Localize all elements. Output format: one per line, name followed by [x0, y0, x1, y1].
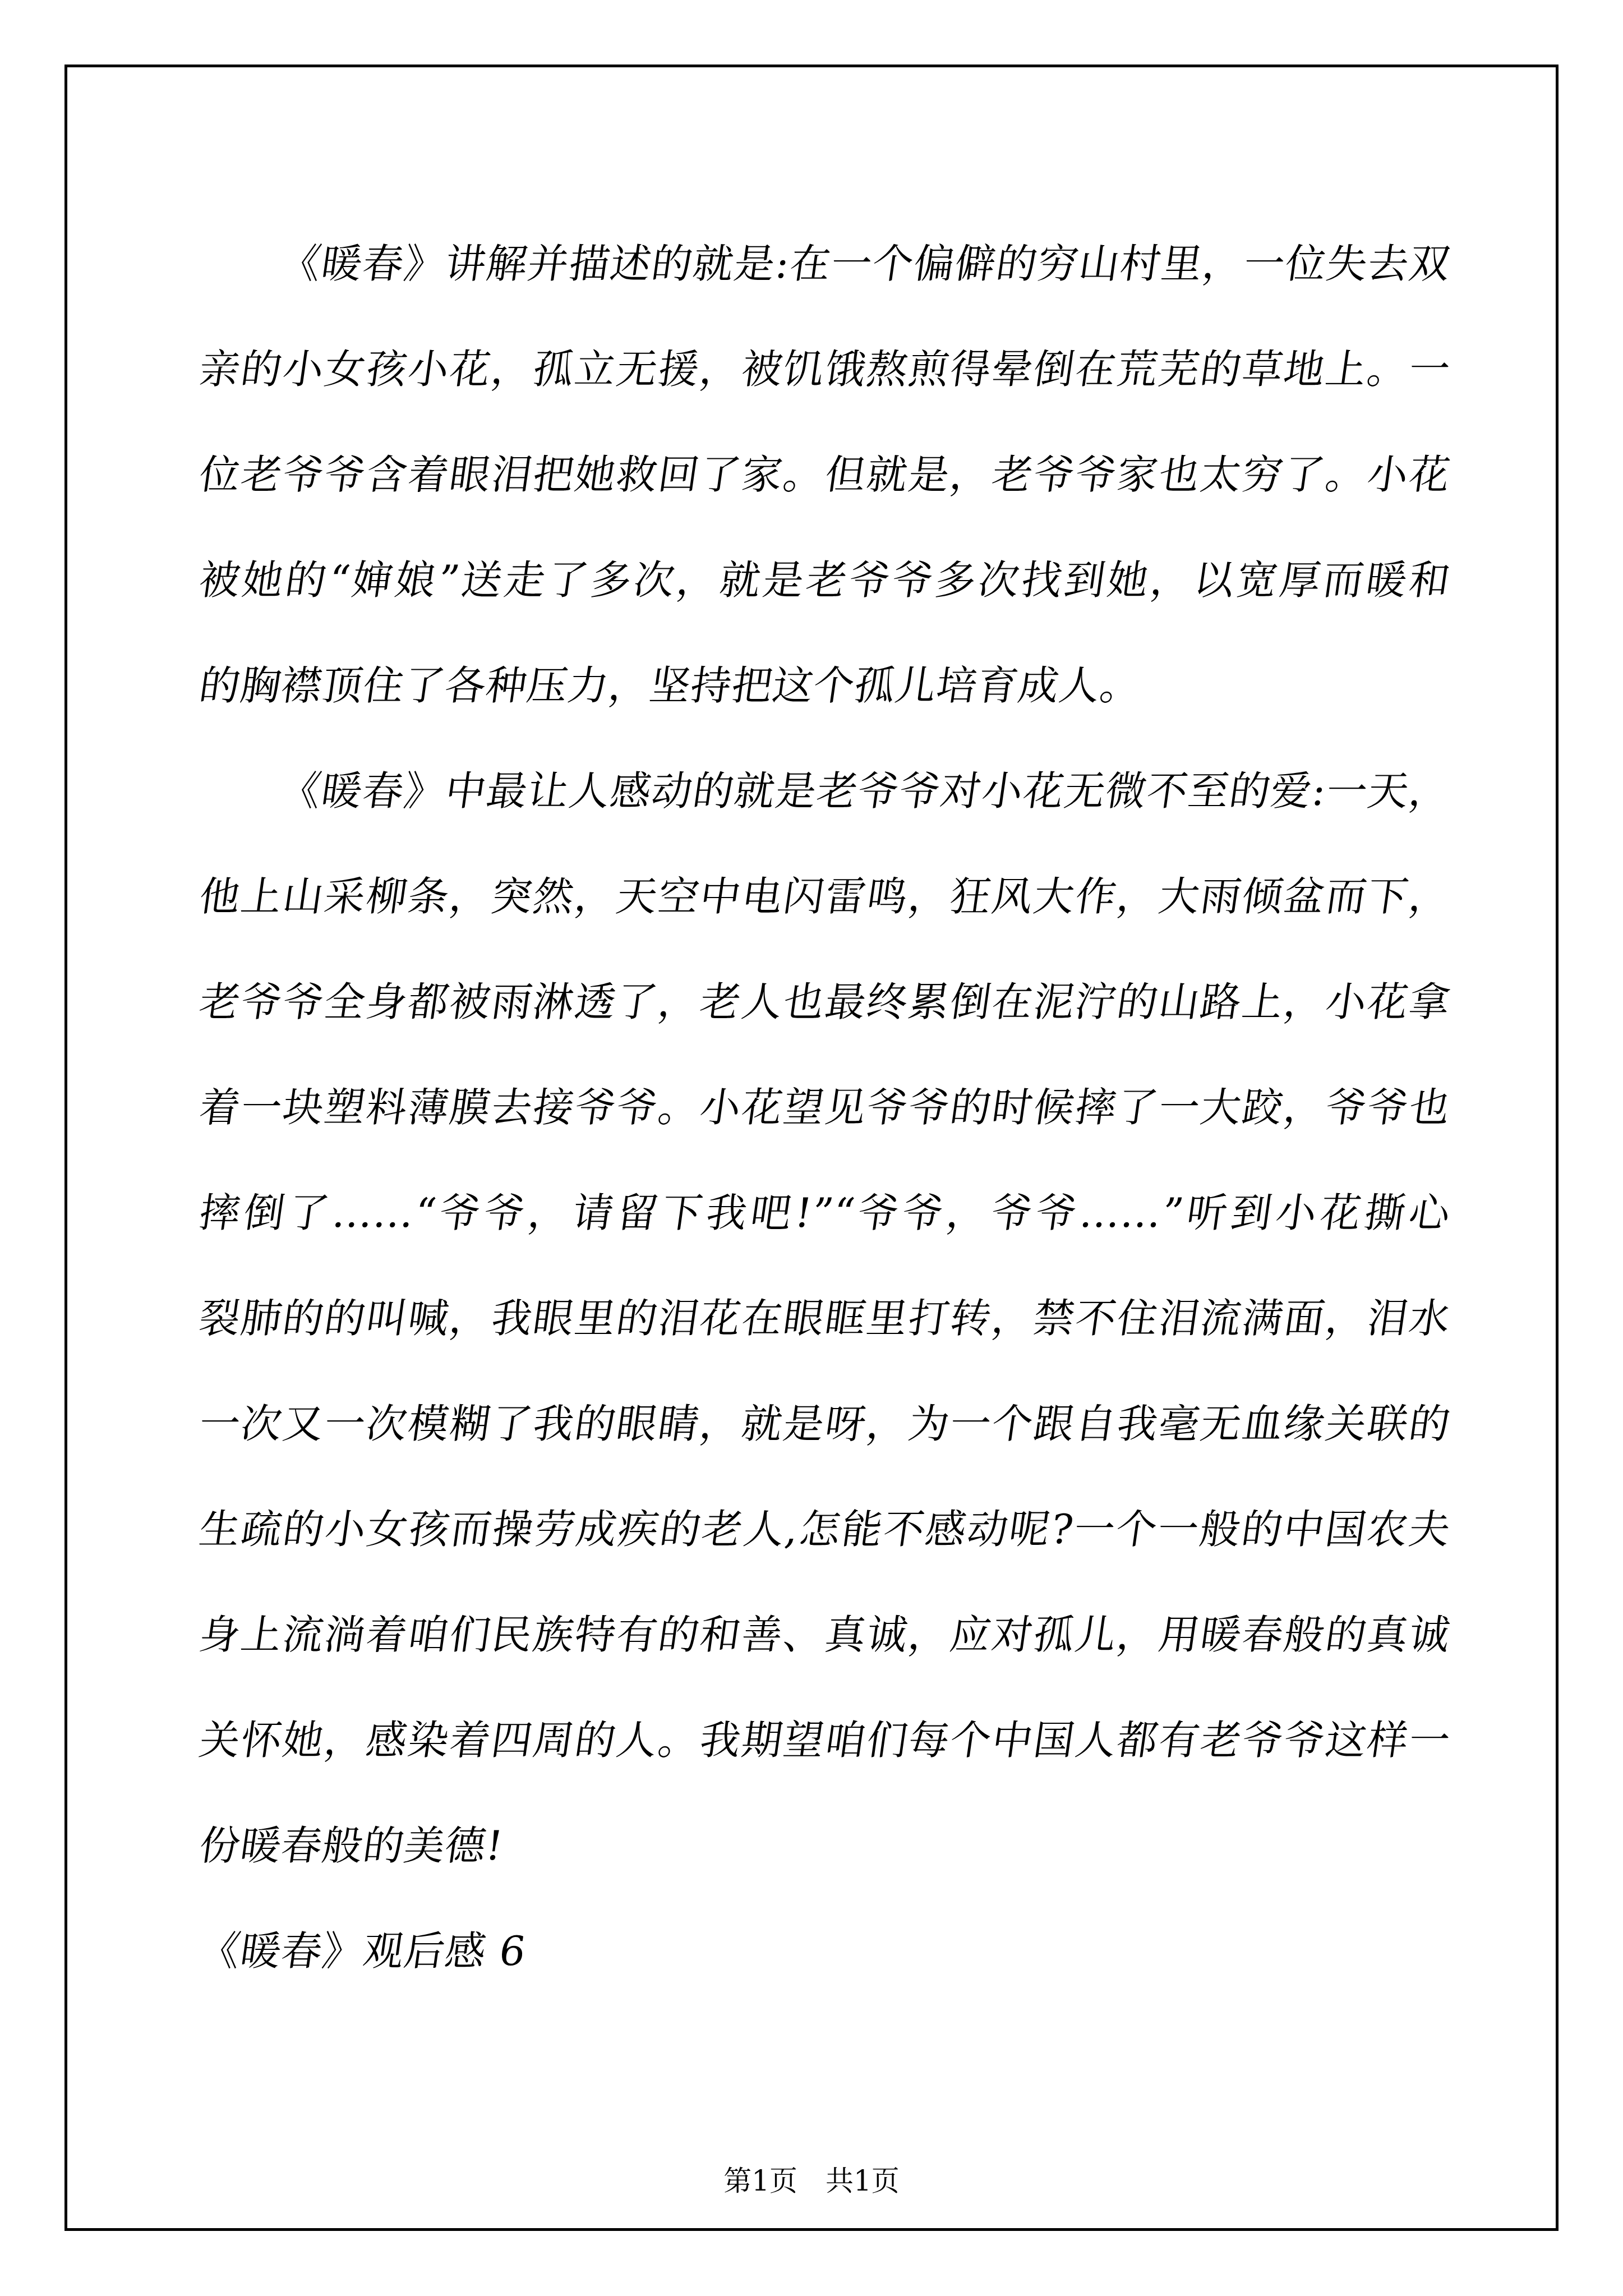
text-line: 的胸襟顶住了各种压力，坚持把这个孤儿培育成人。	[192, 633, 1458, 738]
text-line: 裂肺的的叫喊，我眼里的泪花在眼眶里打转，禁不住泪流满面，泪水	[192, 1266, 1458, 1371]
text-line: 位老爷爷含着眼泪把她救回了家。但就是，老爷爷家也太穷了。小花	[192, 422, 1458, 527]
text-line: 《暖春》中最让人感动的就是老爷爷对小花无微不至的爱:一天，	[192, 738, 1458, 844]
text-line: 一次又一次模糊了我的眼睛，就是呀，为一个跟自我毫无血缘关联的	[192, 1371, 1458, 1476]
text-line: 关怀她，感染着四周的人。我期望咱们每个中国人都有老爷爷这样一	[192, 1687, 1458, 1793]
text-line: 《暖春》观后感 6	[192, 1898, 1458, 2004]
text-line: 着一块塑料薄膜去接爷爷。小花望见爷爷的时候摔了一大跤，爷爷也	[192, 1055, 1458, 1160]
page-footer: 第1页 共1页	[0, 2157, 1623, 2205]
text-line: 亲的小女孩小花，孤立无援，被饥饿熬煎得晕倒在荒芜的草地上。一	[192, 316, 1458, 422]
text-line: 他上山采柳条，突然，天空中电闪雷鸣，狂风大作，大雨倾盆而下，	[192, 844, 1458, 949]
text-line: 身上流淌着咱们民族特有的和善、真诚，应对孤儿，用暖春般的真诚	[192, 1582, 1458, 1687]
text-line: 摔倒了……“爷爷，请留下我吧!”“爷爷，爷爷……”听到小花撕心	[192, 1160, 1458, 1266]
text-line: 被她的“婶娘”送走了多次，就是老爷爷多次找到她，以宽厚而暖和	[192, 527, 1458, 633]
text-line: 份暖春般的美德!	[192, 1793, 1458, 1898]
document-body: 《暖春》讲解并描述的就是:在一个偏僻的穷山村里，一位失去双 亲的小女孩小花，孤立…	[200, 211, 1450, 2004]
text-line: 老爷爷全身都被雨淋透了，老人也最终累倒在泥泞的山路上，小花拿	[192, 949, 1458, 1055]
text-line: 生疏的小女孩而操劳成疾的老人,怎能不感动呢?一个一般的中国农夫	[192, 1476, 1458, 1582]
text-line: 《暖春》讲解并描述的就是:在一个偏僻的穷山村里，一位失去双	[192, 211, 1458, 316]
